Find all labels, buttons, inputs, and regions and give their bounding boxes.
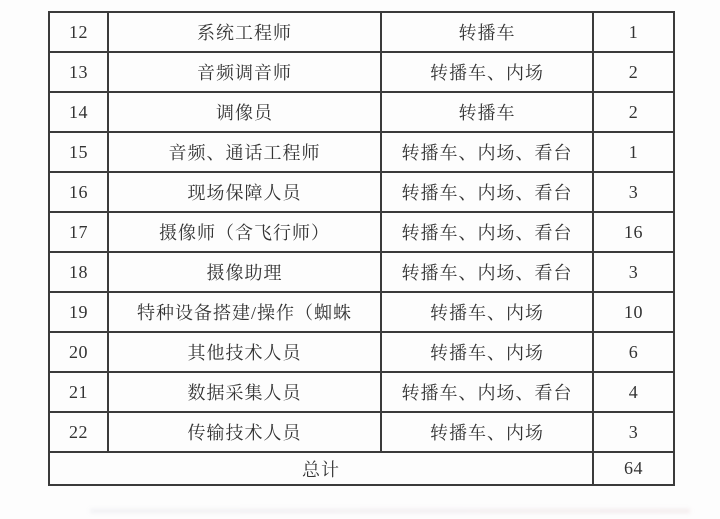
table-row: 16 现场保障人员 转播车、内场、看台 3 [49,172,674,212]
table-row: 15 音频、通话工程师 转播车、内场、看台 1 [49,132,674,172]
cell-row-number: 18 [49,252,108,292]
table-row: 12 系统工程师 转播车 1 [49,12,674,52]
cell-row-number: 19 [49,292,108,332]
cell-role: 系统工程师 [108,12,381,52]
cell-role: 数据采集人员 [108,372,381,412]
cell-location: 转播车、内场 [381,332,593,372]
cell-role: 传输技术人员 [108,412,381,452]
cell-row-number: 21 [49,372,108,412]
table-row: 14 调像员 转播车 2 [49,92,674,132]
cell-role: 特种设备搭建/操作（蜘蛛 [108,292,381,332]
total-label-cell: 总计 [49,452,593,485]
cell-row-number: 22 [49,412,108,452]
cell-count: 3 [593,172,674,212]
cell-location: 转播车、内场 [381,412,593,452]
cell-count: 3 [593,412,674,452]
cell-location: 转播车、内场、看台 [381,372,593,412]
scanned-document-page: 12 系统工程师 转播车 1 13 音频调音师 转播车、内场 2 14 调像员 … [0,0,720,519]
cell-role: 其他技术人员 [108,332,381,372]
cell-row-number: 15 [49,132,108,172]
cell-role: 音频、通话工程师 [108,132,381,172]
cell-location: 转播车、内场 [381,52,593,92]
cell-row-number: 16 [49,172,108,212]
cell-count: 1 [593,12,674,52]
cell-location: 转播车、内场、看台 [381,252,593,292]
cell-location: 转播车 [381,12,593,52]
cell-role: 调像员 [108,92,381,132]
cell-row-number: 12 [49,12,108,52]
cell-row-number: 17 [49,212,108,252]
table-row: 18 摄像助理 转播车、内场、看台 3 [49,252,674,292]
cell-row-number: 14 [49,92,108,132]
table-row: 17 摄像师（含飞行师） 转播车、内场、看台 16 [49,212,674,252]
cell-count: 10 [593,292,674,332]
cell-row-number: 13 [49,52,108,92]
cell-count: 4 [593,372,674,412]
cell-count: 2 [593,52,674,92]
cell-count: 3 [593,252,674,292]
cell-location: 转播车、内场、看台 [381,172,593,212]
cell-location: 转播车、内场、看台 [381,132,593,172]
cell-role: 摄像助理 [108,252,381,292]
cell-row-number: 20 [49,332,108,372]
cell-role: 现场保障人员 [108,172,381,212]
cell-count: 6 [593,332,674,372]
cell-location: 转播车、内场 [381,292,593,332]
cell-count: 16 [593,212,674,252]
cell-count: 1 [593,132,674,172]
total-count-cell: 64 [593,452,674,485]
cell-count: 2 [593,92,674,132]
staff-table-body: 12 系统工程师 转播车 1 13 音频调音师 转播车、内场 2 14 调像员 … [49,12,674,485]
table-row: 21 数据采集人员 转播车、内场、看台 4 [49,372,674,412]
table-row: 13 音频调音师 转播车、内场 2 [49,52,674,92]
table-row: 20 其他技术人员 转播车、内场 6 [49,332,674,372]
scan-artifact-smudge [90,509,690,513]
table-row: 19 特种设备搭建/操作（蜘蛛 转播车、内场 10 [49,292,674,332]
cell-role: 摄像师（含飞行师） [108,212,381,252]
cell-location: 转播车、内场、看台 [381,212,593,252]
total-row: 总计 64 [49,452,674,485]
table-row: 22 传输技术人员 转播车、内场 3 [49,412,674,452]
staff-table: 12 系统工程师 转播车 1 13 音频调音师 转播车、内场 2 14 调像员 … [48,11,675,486]
cell-role: 音频调音师 [108,52,381,92]
cell-location: 转播车 [381,92,593,132]
